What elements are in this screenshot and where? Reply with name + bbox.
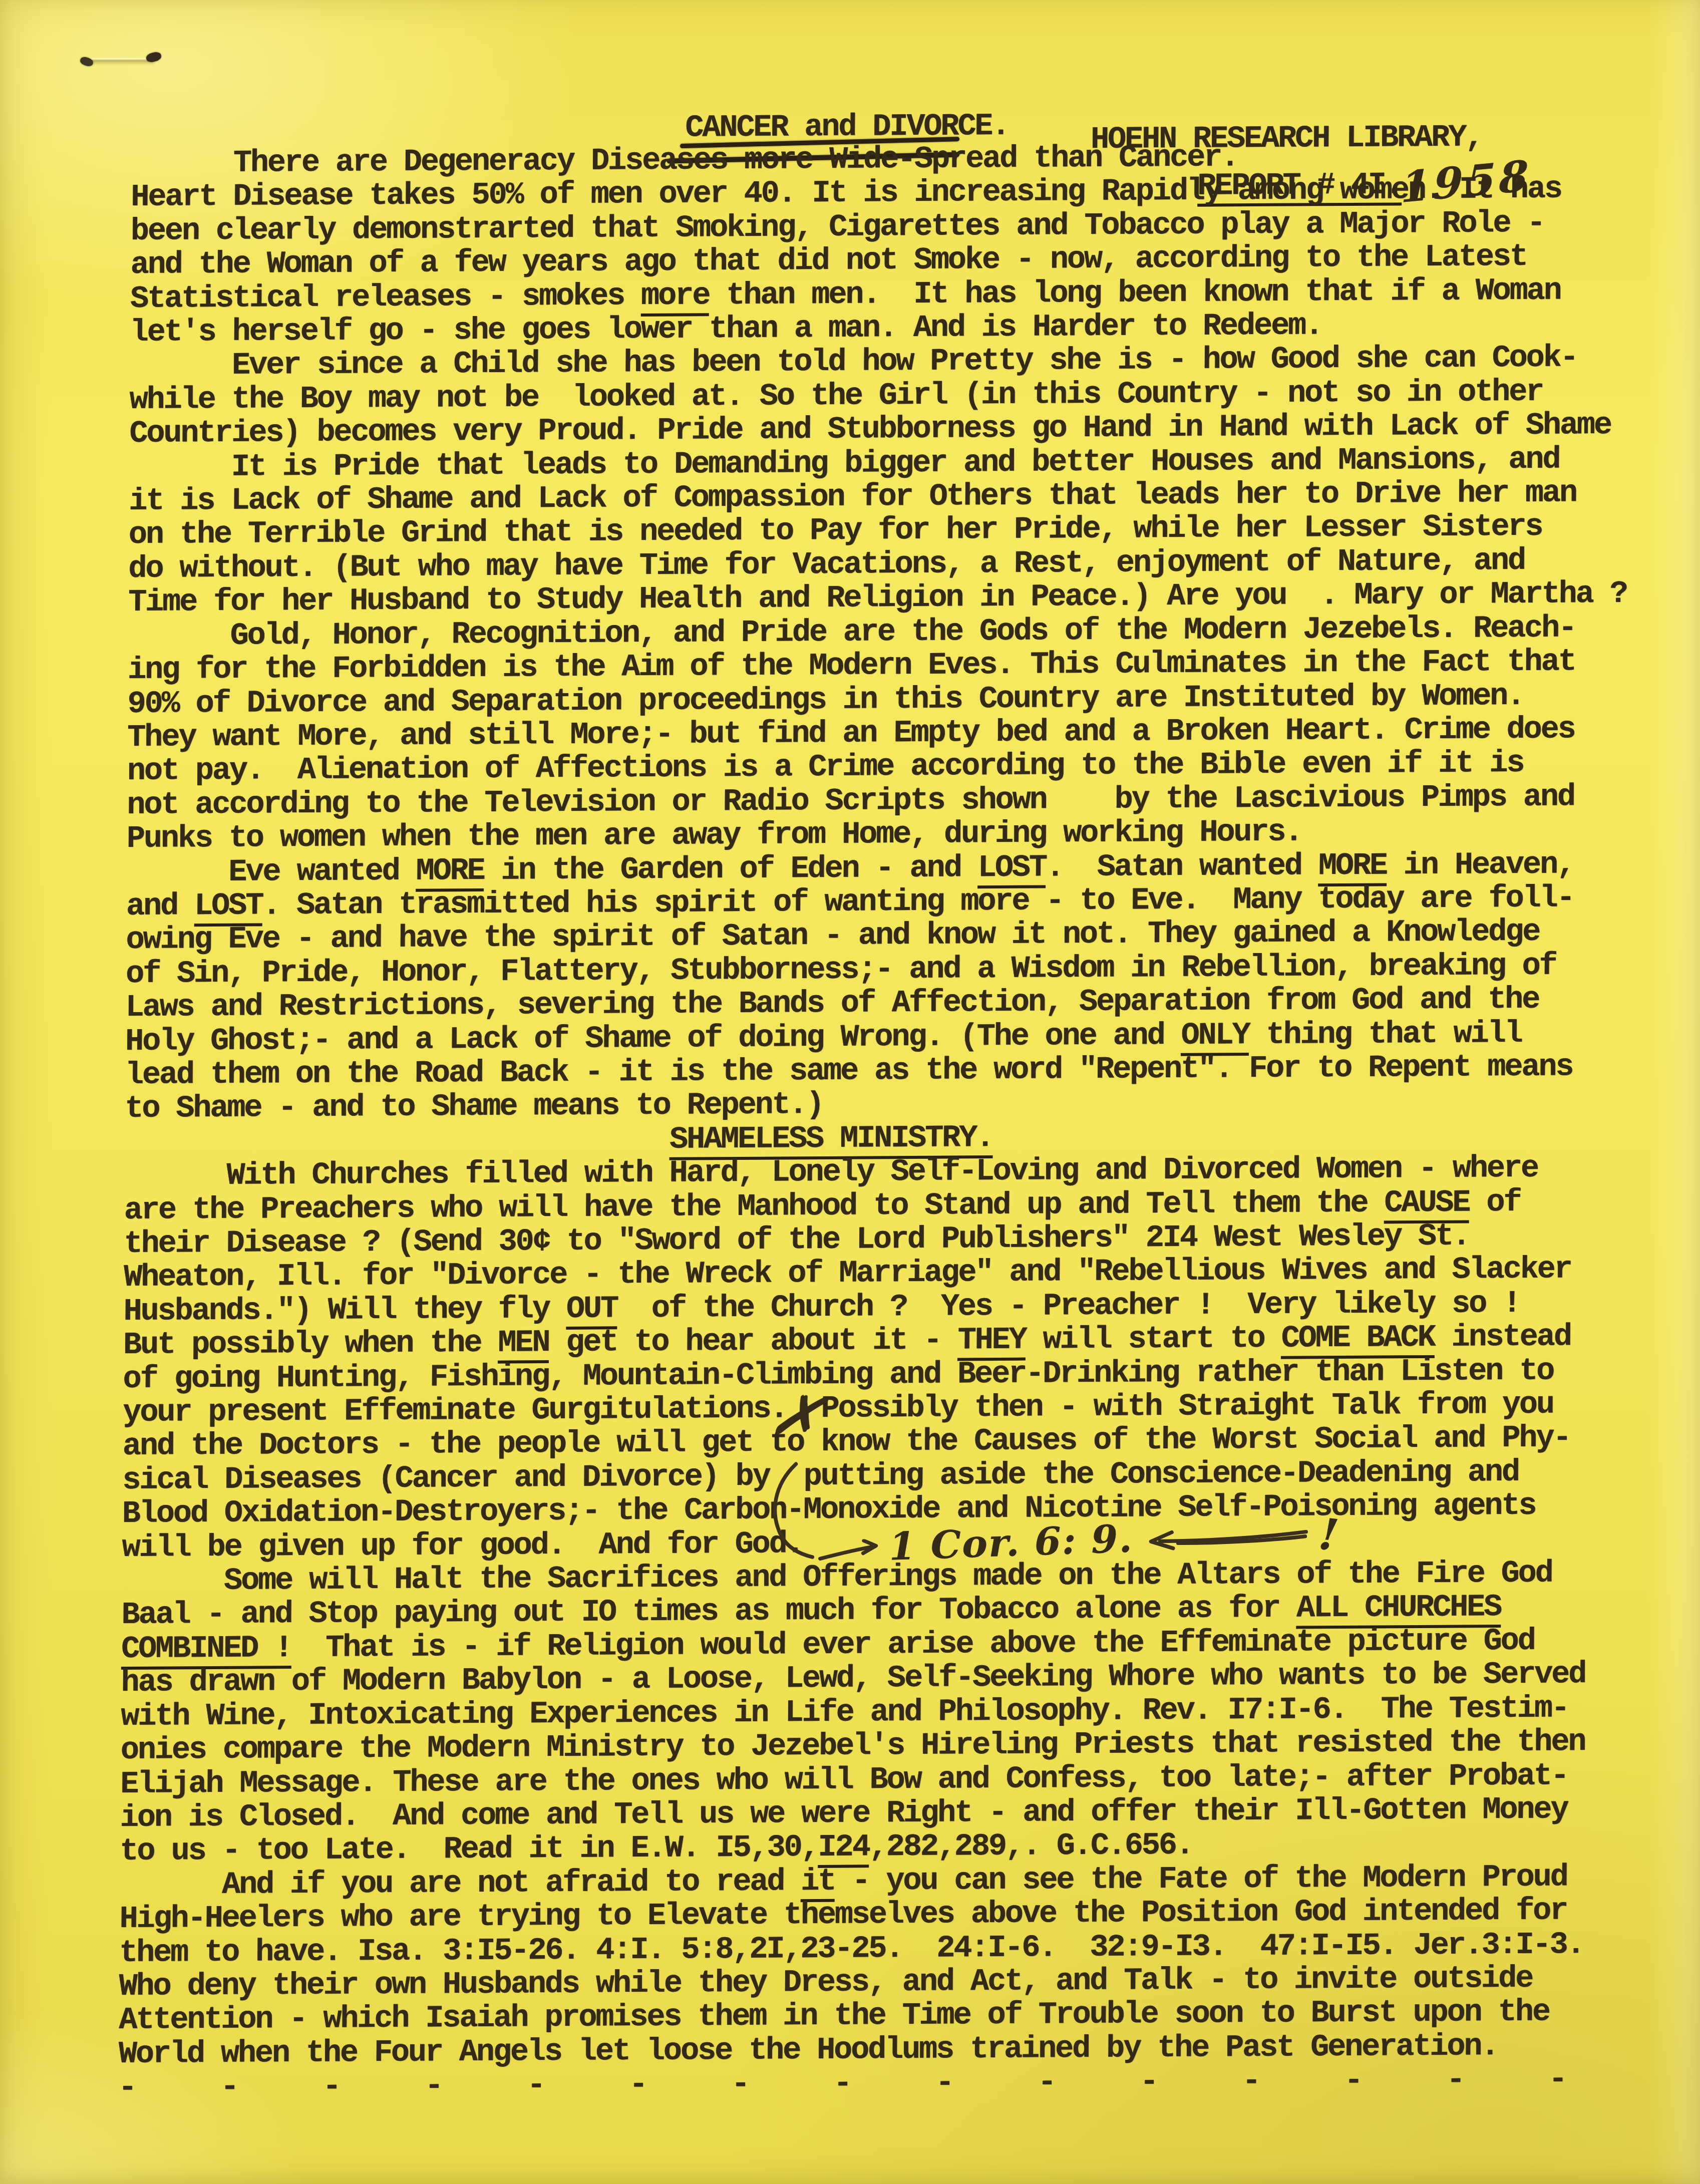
handwritten-exclamation: ! [1316, 1508, 1341, 1561]
scanned-text-layer: CANCER and DIVORCE. HOEHN RESEARCH LIBRA… [0, 0, 1700, 2184]
text-line: - - - - - - - - - - - - - - - [118, 2062, 1617, 2105]
document-page: CANCER and DIVORCE. HOEHN RESEARCH LIBRA… [0, 0, 1700, 2184]
hand-arrow-left-icon [1143, 1523, 1309, 1553]
text-line: Statistical releases - smokes more than … [130, 273, 1629, 316]
text-lines: There are Degeneracy Diseases more Wide-… [118, 138, 1629, 2105]
hand-arrow-right-icon [818, 1538, 879, 1564]
handwritten-scripture-note: 1 Cor. 6: 9. [888, 1516, 1133, 1569]
